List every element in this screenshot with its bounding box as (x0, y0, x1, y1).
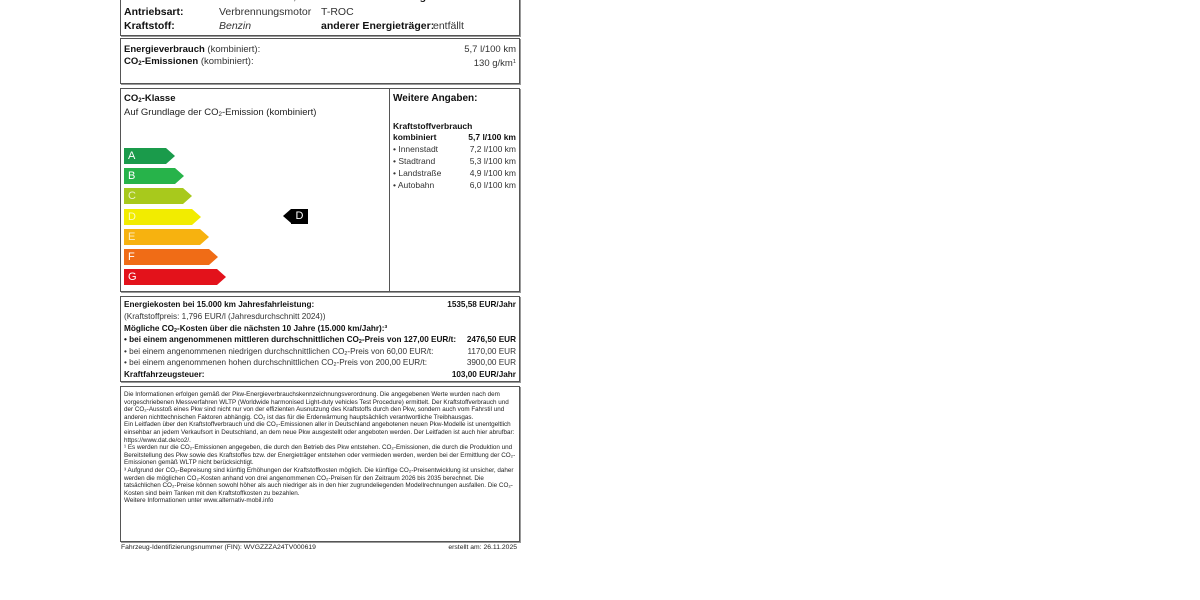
co2-cost-scenario: • bei einem angenommenen mittleren durch… (124, 334, 516, 346)
legal-paragraph-2: Ein Leitfaden über den Kraftstoffverbrau… (124, 421, 516, 444)
energy-consumption-value: 5,7 l/100 km (464, 44, 516, 56)
other-energy-value: entfällt (433, 20, 464, 32)
consumption-item-value: 7,2 l/100 km (470, 143, 516, 155)
subtitle-suffix: -Emission (kombiniert) (222, 107, 317, 118)
drive-value: Verbrennungsmotor (219, 6, 321, 19)
legal-notes-section: Die Informationen erfolgen gemäß der Pkw… (120, 386, 520, 542)
co2-costs-prefix: Mögliche CO (124, 324, 174, 333)
fuel-label: Kraftstoff: (124, 20, 219, 33)
trade-name-label: Handelsbezeichnung: (321, 0, 433, 4)
energy-consumption-row: Energieverbrauch (kombiniert): 5,7 l/100… (124, 44, 516, 56)
combined-row: kombiniert 5,7 l/100 km (393, 131, 516, 143)
fuel-value: Benzin (219, 20, 321, 33)
consumption-item: • Autobahn6,0 l/100 km (393, 179, 516, 191)
model-value: T-ROC (321, 6, 423, 19)
co2-value-text: 130 g/km (474, 58, 513, 69)
brand-label: Marke: (124, 0, 219, 4)
co2-suffix: -Emissionen (142, 56, 199, 67)
title-prefix: CO (124, 93, 138, 104)
co2-class-letter: D (128, 211, 136, 223)
co2-costs-heading: Mögliche CO2-Kosten über die nächsten 10… (124, 322, 516, 334)
subtitle-prefix: Auf Grundlage der CO (124, 107, 219, 118)
fuel-price-note: (Kraftstoffpreis: 1,796 EUR/l (Jahresdur… (124, 311, 516, 323)
co2-class-bar-d: D (124, 209, 192, 225)
more-info-section: Weitere Angaben: Kraftstoffverbrauch kom… (389, 88, 520, 292)
legal-footnote-1: ¹ Es werden nur die CO₂-Emissionen angeg… (124, 444, 516, 467)
co2-cost-scenario-label: • bei einem angenommenen mittleren durch… (124, 335, 456, 344)
consumption-item-label: • Autobahn (393, 180, 434, 190)
combined-label: kombiniert (393, 132, 436, 142)
co2-class-subtitle: Auf Grundlage der CO2-Emission (kombinie… (124, 107, 316, 118)
co2-emissions-qualifier: (kombiniert): (198, 56, 253, 67)
co2-class-bar-c: C (124, 188, 183, 204)
drive-row: Antriebsart:VerbrennungsmotorT-ROC (124, 6, 423, 19)
co2-class-bar-a: A (124, 148, 166, 164)
drive-label: Antriebsart: (124, 6, 219, 19)
co2-cost-scenario-label: • bei einem angenommenen hohen durchschn… (124, 358, 427, 367)
co2-class-section: CO2-Klasse Auf Grundlage der CO2-Emissio… (120, 88, 390, 292)
consumption-item-label: • Landstraße (393, 168, 441, 178)
co2-class-letter: E (128, 231, 135, 243)
consumption-section: Energieverbrauch (kombiniert): 5,7 l/100… (120, 38, 520, 84)
co2-class-bar-b: B (124, 168, 175, 184)
combined-value: 5,7 l/100 km (468, 131, 516, 143)
consumption-item: • Stadtrand5,3 l/100 km (393, 155, 516, 167)
co2-class-letter: A (128, 150, 135, 162)
legal-more-info: Weitere Informationen unter www.alternat… (124, 497, 516, 505)
energy-costs-value: 1535,58 EUR/Jahr (447, 299, 516, 311)
energy-consumption-label: Energieverbrauch (124, 44, 205, 55)
more-info-title: Weitere Angaben: (393, 93, 477, 104)
consumption-item-value: 5,3 l/100 km (470, 155, 516, 167)
energy-costs-row: Energiekosten bei 15.000 km Jahresfahrle… (124, 299, 516, 311)
brand-value: VOLKSWAGEN, VW (219, 0, 321, 4)
co2-emissions-label: CO2-Emissionen (124, 56, 198, 67)
co2-class-letter: F (128, 251, 135, 263)
consumption-item: • Landstraße4,9 l/100 km (393, 167, 516, 179)
vehicle-tax-row: Kraftfahrzeugsteuer: 103,00 EUR/Jahr (124, 369, 516, 381)
co2-cost-scenario-value: 1170,00 EUR (467, 346, 516, 358)
consumption-item: • Innenstadt7,2 l/100 km (393, 143, 516, 155)
vin-text: Fahrzeug-Identifizierungsnummer (FIN): W… (121, 544, 316, 551)
co2-class-title: CO2-Klasse (124, 93, 176, 104)
costs-section: Energiekosten bei 15.000 km Jahresfahrle… (120, 296, 520, 382)
co2-cost-scenario-label: • bei einem angenommenen niedrigen durch… (124, 347, 433, 356)
legal-footnote-3: ³ Aufgrund der CO₂-Bepreisung sind künft… (124, 467, 516, 497)
energy-costs-label: Energiekosten bei 15.000 km Jahresfahrle… (124, 300, 314, 309)
title-suffix: -Klasse (142, 93, 176, 104)
other-energy-label: anderer Energieträger: (321, 20, 433, 33)
co2-class-bar-g: G (124, 269, 217, 285)
vehicle-tax-label: Kraftfahrzeugsteuer: (124, 370, 205, 379)
brand-row: Marke:VOLKSWAGEN, VWHandelsbezeichnung: (124, 0, 433, 4)
energy-consumption-qualifier: (kombiniert): (205, 44, 260, 55)
consumption-item-label: • Innenstadt (393, 144, 438, 154)
co2-emissions-row: CO2-Emissionen (kombiniert): 130 g/km1 (124, 56, 516, 68)
co2-footnote-marker: 1 (513, 59, 516, 65)
co2-class-bar-e: E (124, 229, 200, 245)
current-class-marker: D (291, 209, 308, 224)
vehicle-info-section: Marke:VOLKSWAGEN, VWHandelsbezeichnung: … (120, 0, 520, 36)
vehicle-tax-value: 103,00 EUR/Jahr (452, 369, 516, 381)
co2-class-bar-f: F (124, 249, 209, 265)
consumption-item-value: 4,9 l/100 km (470, 167, 516, 179)
co2-class-letter: C (128, 190, 136, 202)
co2-cost-scenario-value: 2476,50 EUR (467, 334, 516, 346)
co2-cost-scenario-value: 3900,00 EUR (467, 357, 516, 369)
consumption-item-label: • Stadtrand (393, 156, 435, 166)
co2-class-letter: G (128, 271, 137, 283)
fuel-row: Kraftstoff:Benzinanderer Energieträger:e… (124, 20, 464, 33)
co2-class-letter: B (128, 170, 135, 182)
co2-cost-scenario: • bei einem angenommenen niedrigen durch… (124, 346, 516, 358)
co2-cost-scenario: • bei einem angenommenen hohen durchschn… (124, 357, 516, 369)
co2-prefix: CO (124, 56, 138, 67)
created-date: erstellt am: 26.11.2025 (448, 544, 517, 551)
co2-costs-footnote: 3 (385, 325, 388, 330)
co2-emissions-value: 130 g/km1 (474, 56, 516, 70)
co2-costs-suffix: -Kosten über die nächsten 10 Jahre (15.0… (177, 324, 385, 333)
consumption-item-value: 6,0 l/100 km (470, 179, 516, 191)
legal-paragraph-1: Die Informationen erfolgen gemäß der Pkw… (124, 391, 516, 421)
